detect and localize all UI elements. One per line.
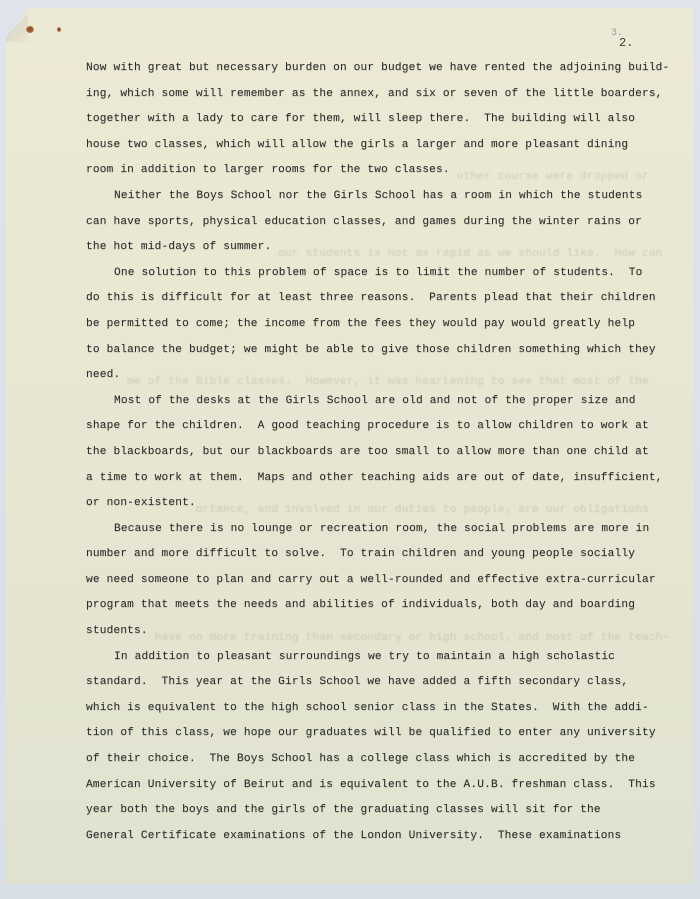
typed-text: students. <box>86 625 148 637</box>
typed-text: One solution to this problem of space is… <box>114 267 643 279</box>
typed-text: the hot mid-days of summer. <box>86 241 271 253</box>
text-line: ortance, and involved in our duties to p… <box>86 493 656 519</box>
typed-text: In addition to pleasant surroundings we … <box>114 651 615 663</box>
page-number: 2. <box>619 36 633 50</box>
typed-text: of their choice. The Boys School has a c… <box>86 753 635 765</box>
text-line: Now with great but necessary burden on o… <box>86 58 656 84</box>
text-line: American University of Beirut and is equ… <box>86 775 656 801</box>
rust-spot <box>57 27 61 32</box>
typed-text: Most of the desks at the Girls School ar… <box>114 395 636 407</box>
typed-text: number and more difficult to solve. To t… <box>86 548 635 560</box>
typed-text: together with a lady to care for them, w… <box>86 113 635 125</box>
typed-text: can have sports, physical education clas… <box>86 216 642 228</box>
text-line: of their choice. The Boys School has a c… <box>86 749 656 775</box>
typed-text: program that meets the needs and abiliti… <box>86 599 635 611</box>
text-line: together with a lady to care for them, w… <box>86 109 656 135</box>
typed-text: be permitted to come; the income from th… <box>86 318 635 330</box>
text-line: our students is not as rapid as we shoul… <box>86 237 656 263</box>
typed-text: standard. This year at the Girls School … <box>86 676 628 688</box>
rust-spot <box>26 26 34 33</box>
text-line: house two classes, which will allow the … <box>86 135 656 161</box>
text-line: Most of the desks at the Girls School ar… <box>86 391 656 417</box>
text-line: to balance the budget; we might be able … <box>86 340 656 366</box>
text-line: Because there is no lounge or recreation… <box>86 519 656 545</box>
typed-text: or non-existent. <box>86 497 196 509</box>
document-body: Now with great but necessary burden on o… <box>86 58 656 851</box>
typed-text: house two classes, which will allow the … <box>86 139 628 151</box>
typed-text: which is equivalent to the high school s… <box>86 702 649 714</box>
typed-text: shape for the children. A good teaching … <box>86 420 649 432</box>
text-line: number and more difficult to solve. To t… <box>86 544 656 570</box>
text-line: other course were dropped orroom in addi… <box>86 160 656 186</box>
text-line: do this is difficult for at least three … <box>86 288 656 314</box>
typed-text: need. <box>86 369 120 381</box>
typed-text: room in addition to larger rooms for the… <box>86 164 450 176</box>
typed-text: ing, which some will remember as the ann… <box>86 88 663 100</box>
typed-text: Now with great but necessary burden on o… <box>86 62 669 74</box>
text-line: we need someone to plan and carry out a … <box>86 570 656 596</box>
typed-text: tion of this class, we hope our graduate… <box>86 727 656 739</box>
text-line: In addition to pleasant surroundings we … <box>86 647 656 673</box>
text-line: me of the Bible classes. However, it was… <box>86 365 656 391</box>
typed-text: Because there is no lounge or recreation… <box>114 523 649 535</box>
text-line: One solution to this problem of space is… <box>86 263 656 289</box>
text-line: be permitted to come; the income from th… <box>86 314 656 340</box>
typed-text: year both the boys and the girls of the … <box>86 804 601 816</box>
typed-text: Neither the Boys School nor the Girls Sc… <box>114 190 643 202</box>
typed-text: a time to work at them. Maps and other t… <box>86 472 663 484</box>
text-line: General Certificate examinations of the … <box>86 826 656 852</box>
typed-text: to balance the budget; we might be able … <box>86 344 656 356</box>
bleed-through-text: me of the Bible classes. However, it was… <box>86 372 649 392</box>
text-line: shape for the children. A good teaching … <box>86 416 656 442</box>
bleed-through-text: have no more training than secondary or … <box>86 628 669 648</box>
folded-corner <box>6 8 28 42</box>
typed-text: we need someone to plan and carry out a … <box>86 574 656 586</box>
text-line: year both the boys and the girls of the … <box>86 800 656 826</box>
text-line: can have sports, physical education clas… <box>86 212 656 238</box>
text-line: a time to work at them. Maps and other t… <box>86 468 656 494</box>
text-line: standard. This year at the Girls School … <box>86 672 656 698</box>
text-line: Neither the Boys School nor the Girls Sc… <box>86 186 656 212</box>
text-line: have no more training than secondary or … <box>86 621 656 647</box>
typed-text: General Certificate examinations of the … <box>86 830 621 842</box>
text-line: program that meets the needs and abiliti… <box>86 595 656 621</box>
text-line: tion of this class, we hope our graduate… <box>86 723 656 749</box>
typed-text: do this is difficult for at least three … <box>86 292 656 304</box>
typed-text: the blackboards, but our blackboards are… <box>86 446 649 458</box>
text-line: the blackboards, but our blackboards are… <box>86 442 656 468</box>
typed-text: American University of Beirut and is equ… <box>86 779 656 791</box>
text-line: ing, which some will remember as the ann… <box>86 84 656 110</box>
text-line: which is equivalent to the high school s… <box>86 698 656 724</box>
